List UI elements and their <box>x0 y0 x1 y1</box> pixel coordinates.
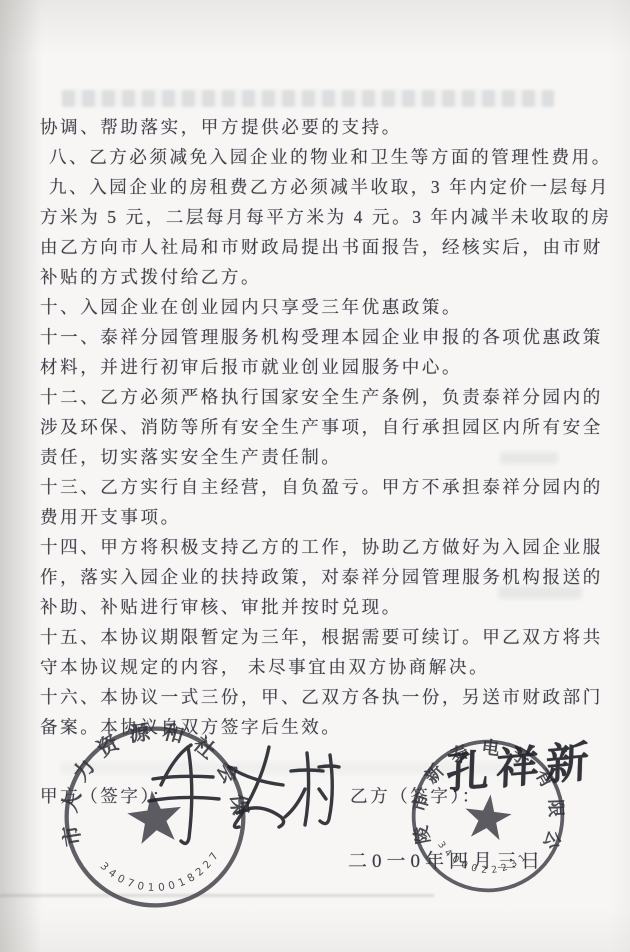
contract-line: 作，落实入园企业的扶持政策，对泰祥分园管理服务机构报送的 <box>40 562 570 592</box>
svg-text:3407010018227: 3407010018227 <box>97 846 227 901</box>
contract-line: 补助、补贴进行审核、审批并按时兑现。 <box>40 592 570 622</box>
party-a-handwritten-signature <box>133 733 343 853</box>
contract-line: 十一、泰祥分园管理服务机构受理本园企业申报的各项优惠政策 <box>40 322 570 352</box>
contract-line: 十六、本协议一式三份，甲、乙双方各执一份，另送市财政部门 <box>40 682 570 712</box>
contract-line: 十三、乙方实行自主经营，自负盈亏。甲方不承担泰祥分园内的 <box>40 472 570 502</box>
contract-line: 守本协议规定的内容， 未尽事宜由双方协商解决。 <box>40 652 570 682</box>
party-b-handwritten-signature: 孔祥新 <box>445 727 597 801</box>
contract-line: 涉及环保、消防等所有安全生产事项，自行承担园区内所有安全 <box>40 412 570 442</box>
svg-text:3400022231: 3400022231 <box>432 838 533 881</box>
contract-line: 费用开支事项。 <box>40 502 570 532</box>
contract-line: 由乙方向市人社局和市财政局提出书面报告，经核实后，由市财 <box>40 232 570 262</box>
contract-line: 八、乙方必须减免入园企业的物业和卫生等方面的管理性费用。 <box>40 142 570 172</box>
seal-b-code: 3400022231 <box>432 838 533 881</box>
bleed-through-text <box>62 90 554 107</box>
scanned-contract-page: 协调、帮助落实，甲方提供必要的支持。 八、乙方必须减免入园企业的物业和卫生等方面… <box>0 0 630 952</box>
contract-line: 方米为 5 元，二层每月每平方米为 4 元。3 年内减半未收取的房 <box>40 202 570 232</box>
contract-line: 九、入园企业的房租费乙方必须减半收取，3 年内定价一层每月 <box>40 172 570 202</box>
contract-line: 协调、帮助落实，甲方提供必要的支持。 <box>40 112 570 142</box>
contract-line: 材料，并进行初审后报市就业创业园服务中心。 <box>40 352 570 382</box>
contract-line: 十、入园企业在创业园内只享受三年优惠政策。 <box>40 292 570 322</box>
contract-line: 十四、甲方将积极支持乙方的工作，协助乙方做好为入园企业服 <box>40 532 570 562</box>
contract-line: 责任，切实落实安全生产责任制。 <box>40 442 570 472</box>
contract-body: 协调、帮助落实，甲方提供必要的支持。 八、乙方必须减免入园企业的物业和卫生等方面… <box>40 112 570 742</box>
seal-a-code: 3407010018227 <box>97 846 227 901</box>
contract-line: 十五、本协议期限暂定为三年，根据需要可续订。甲乙双方将共 <box>40 622 570 652</box>
contract-line: 补贴的方式拨付给乙方。 <box>40 262 570 292</box>
contract-line: 十二、乙方必须严格执行国家安全生产条例，负责泰祥分园内的 <box>40 382 570 412</box>
